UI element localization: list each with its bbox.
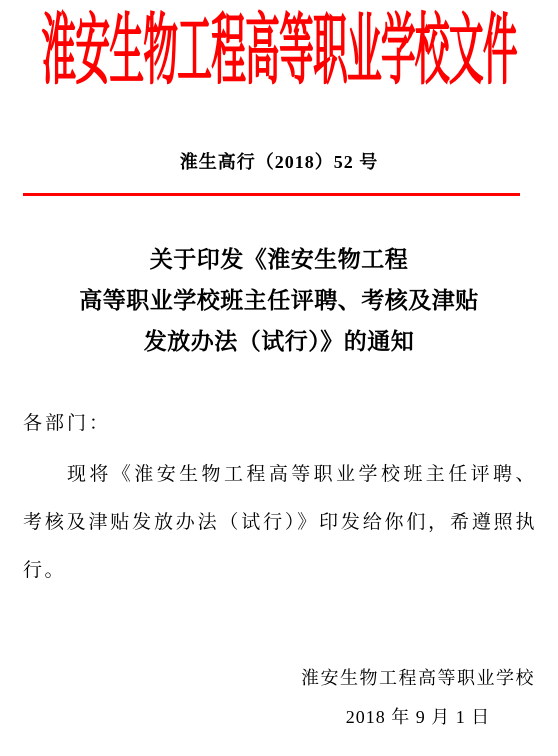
- red-header-banner: 淮安生物工程高等职业学校文件: [0, 12, 558, 48]
- document-title: 关于印发《淮安生物工程 高等职业学校班主任评聘、考核及津贴 发放办法（试行）》的…: [0, 240, 558, 363]
- official-document-page: 淮安生物工程高等职业学校文件 淮生高行（2018）52 号 关于印发《淮安生物工…: [0, 0, 558, 756]
- red-divider-rule: [23, 193, 520, 196]
- document-reference-number: 淮生高行（2018）52 号: [0, 148, 558, 174]
- issuing-organization-banner-text: 淮安生物工程高等职业学校文件: [41, 12, 516, 89]
- signature-block: 淮安生物工程高等职业学校 2018 年 9 月 1 日: [301, 664, 535, 729]
- signature-date: 2018 年 9 月 1 日: [301, 705, 535, 729]
- document-title-line-1: 关于印发《淮安生物工程: [0, 240, 558, 281]
- document-title-line-2: 高等职业学校班主任评聘、考核及津贴: [0, 281, 558, 322]
- body-paragraph: 现将《淮安生物工程高等职业学校班主任评聘、考核及津贴发放办法（试行）》印发给你们…: [23, 451, 537, 595]
- salutation-line: 各部门：: [23, 411, 111, 437]
- document-title-line-3: 发放办法（试行）》的通知: [0, 322, 558, 363]
- signature-organization: 淮安生物工程高等职业学校: [301, 664, 535, 692]
